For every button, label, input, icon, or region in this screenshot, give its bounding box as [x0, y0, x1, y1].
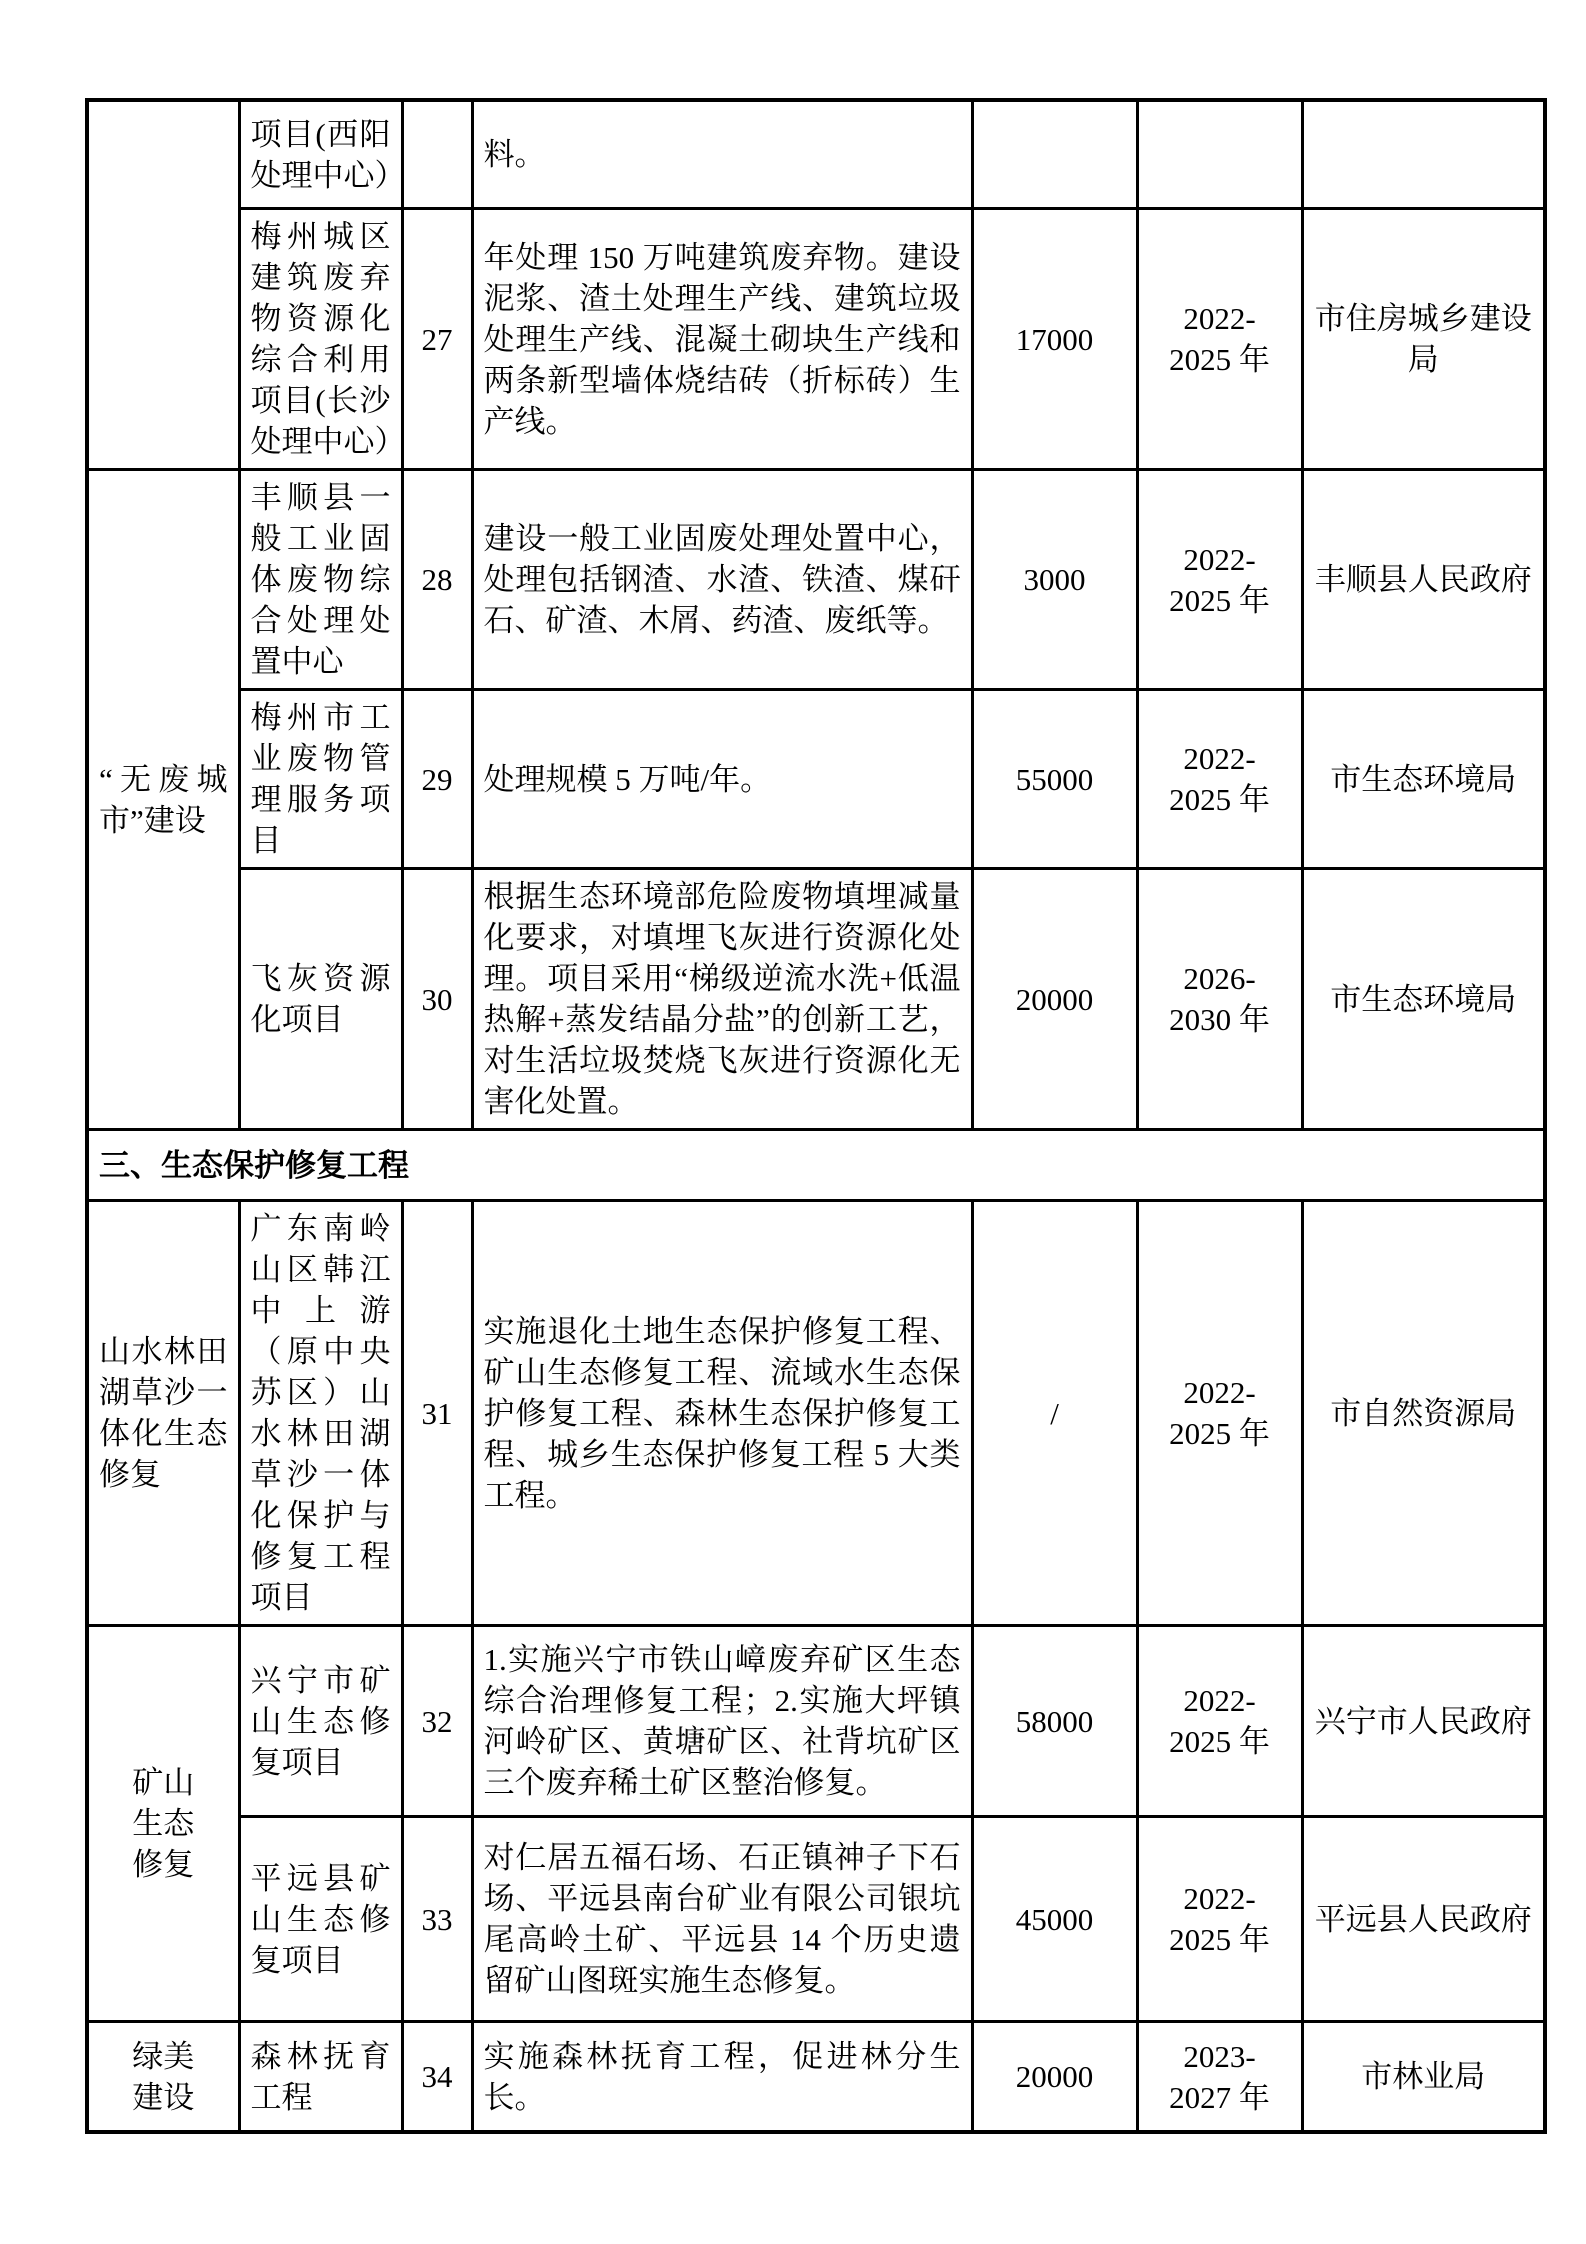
investment-cell: 3000 — [972, 470, 1137, 690]
section-header: 三、生态保护修复工程 — [87, 1130, 1545, 1201]
table-row: 绿美 建设 森林抚育工程 34 实施森林抚育工程，促进林分生长。 20000 2… — [87, 2022, 1545, 2133]
project-name-cell: 丰顺县一般工业固体废物综合处理处置中心 — [239, 470, 402, 690]
category-cell: 绿美 建设 — [87, 2022, 239, 2133]
section-header-row: 三、生态保护修复工程 — [87, 1130, 1545, 1201]
period-cell — [1137, 100, 1302, 209]
period-cell: 2022- 2025 年 — [1137, 1626, 1302, 1817]
table-row: 梅州城区建筑废弃物资源化综合利用项目(长沙处理中心） 27 年处理 150 万吨… — [87, 209, 1545, 470]
period-cell: 2026- 2030 年 — [1137, 869, 1302, 1130]
responsible-unit-cell: 兴宁市人民政府 — [1302, 1626, 1545, 1817]
table-row: 山水林田湖草沙一体化生态修复 广东南岭山区韩江中上游（原中央苏区）山水林田湖草沙… — [87, 1201, 1545, 1626]
investment-cell: 58000 — [972, 1626, 1137, 1817]
project-name-cell: 飞灰资源化项目 — [239, 869, 402, 1130]
project-description-cell: 建设一般工业固废处理处置中心，处理包括钢渣、水渣、铁渣、煤矸石、矿渣、木屑、药渣… — [472, 470, 972, 690]
period-cell: 2022- 2025 年 — [1137, 1817, 1302, 2022]
project-number-cell: 32 — [402, 1626, 472, 1817]
table-row: 平远县矿山生态修复项目 33 对仁居五福石场、石正镇神子下石场、平远县南台矿业有… — [87, 1817, 1545, 2022]
responsible-unit-cell: 市住房城乡建设局 — [1302, 209, 1545, 470]
investment-cell: / — [972, 1201, 1137, 1626]
responsible-unit-cell: 市林业局 — [1302, 2022, 1545, 2133]
document-page: 项目(西阳处理中心） 料。 梅州城区建筑废弃物资源化综合利用项目(长沙处理中心）… — [0, 0, 1586, 2244]
table-row: 矿山 生态 修复 兴宁市矿山生态修复项目 32 1.实施兴宁市铁山嶂废弃矿区生态… — [87, 1626, 1545, 1817]
project-name-cell: 梅州城区建筑废弃物资源化综合利用项目(长沙处理中心） — [239, 209, 402, 470]
project-number-cell: 30 — [402, 869, 472, 1130]
table-row: 项目(西阳处理中心） 料。 — [87, 100, 1545, 209]
responsible-unit-cell: 平远县人民政府 — [1302, 1817, 1545, 2022]
period-cell: 2023- 2027 年 — [1137, 2022, 1302, 2133]
table-row: “无废城市”建设 丰顺县一般工业固体废物综合处理处置中心 28 建设一般工业固废… — [87, 470, 1545, 690]
project-description-cell: 对仁居五福石场、石正镇神子下石场、平远县南台矿业有限公司银坑尾高岭土矿、平远县 … — [472, 1817, 972, 2022]
project-number-cell: 28 — [402, 470, 472, 690]
period-cell: 2022- 2025 年 — [1137, 690, 1302, 869]
period-cell: 2022- 2025 年 — [1137, 1201, 1302, 1626]
project-description-cell: 1.实施兴宁市铁山嶂废弃矿区生态综合治理修复工程；2.实施大坪镇河岭矿区、黄塘矿… — [472, 1626, 972, 1817]
responsible-unit-cell: 丰顺县人民政府 — [1302, 470, 1545, 690]
investment-cell: 20000 — [972, 869, 1137, 1130]
category-cell: 矿山 生态 修复 — [87, 1626, 239, 2022]
project-description-cell: 年处理 150 万吨建筑废弃物。建设泥浆、渣土处理生产线、建筑垃圾处理生产线、混… — [472, 209, 972, 470]
project-number-cell: 34 — [402, 2022, 472, 2133]
project-name-cell: 梅州市工业废物管理服务项目 — [239, 690, 402, 869]
period-cell: 2022- 2025 年 — [1137, 209, 1302, 470]
table-row: 梅州市工业废物管理服务项目 29 处理规模 5 万吨/年。 55000 2022… — [87, 690, 1545, 869]
project-description-cell: 料。 — [472, 100, 972, 209]
project-name-cell: 广东南岭山区韩江中上游（原中央苏区）山水林田湖草沙一体化保护与修复工程项目 — [239, 1201, 402, 1626]
project-number-cell: 27 — [402, 209, 472, 470]
responsible-unit-cell: 市生态环境局 — [1302, 869, 1545, 1130]
project-description-cell: 根据生态环境部危险废物填埋减量化要求，对填埋飞灰进行资源化处理。项目采用“梯级逆… — [472, 869, 972, 1130]
project-number-cell — [402, 100, 472, 209]
investment-cell — [972, 100, 1137, 209]
category-cell: 山水林田湖草沙一体化生态修复 — [87, 1201, 239, 1626]
category-cell — [87, 100, 239, 470]
project-description-cell: 实施森林抚育工程，促进林分生长。 — [472, 2022, 972, 2133]
responsible-unit-cell: 市自然资源局 — [1302, 1201, 1545, 1626]
investment-cell: 17000 — [972, 209, 1137, 470]
investment-cell: 20000 — [972, 2022, 1137, 2133]
project-description-cell: 实施退化土地生态保护修复工程、矿山生态修复工程、流域水生态保护修复工程、森林生态… — [472, 1201, 972, 1626]
projects-table: 项目(西阳处理中心） 料。 梅州城区建筑废弃物资源化综合利用项目(长沙处理中心）… — [85, 98, 1547, 2134]
project-number-cell: 33 — [402, 1817, 472, 2022]
project-name-cell: 兴宁市矿山生态修复项目 — [239, 1626, 402, 1817]
project-number-cell: 31 — [402, 1201, 472, 1626]
investment-cell: 55000 — [972, 690, 1137, 869]
project-name-cell: 平远县矿山生态修复项目 — [239, 1817, 402, 2022]
category-cell: “无废城市”建设 — [87, 470, 239, 1130]
investment-cell: 45000 — [972, 1817, 1137, 2022]
project-name-cell: 项目(西阳处理中心） — [239, 100, 402, 209]
project-number-cell: 29 — [402, 690, 472, 869]
project-description-cell: 处理规模 5 万吨/年。 — [472, 690, 972, 869]
period-cell: 2022- 2025 年 — [1137, 470, 1302, 690]
responsible-unit-cell — [1302, 100, 1545, 209]
responsible-unit-cell: 市生态环境局 — [1302, 690, 1545, 869]
project-name-cell: 森林抚育工程 — [239, 2022, 402, 2133]
table-row: 飞灰资源化项目 30 根据生态环境部危险废物填埋减量化要求，对填埋飞灰进行资源化… — [87, 869, 1545, 1130]
